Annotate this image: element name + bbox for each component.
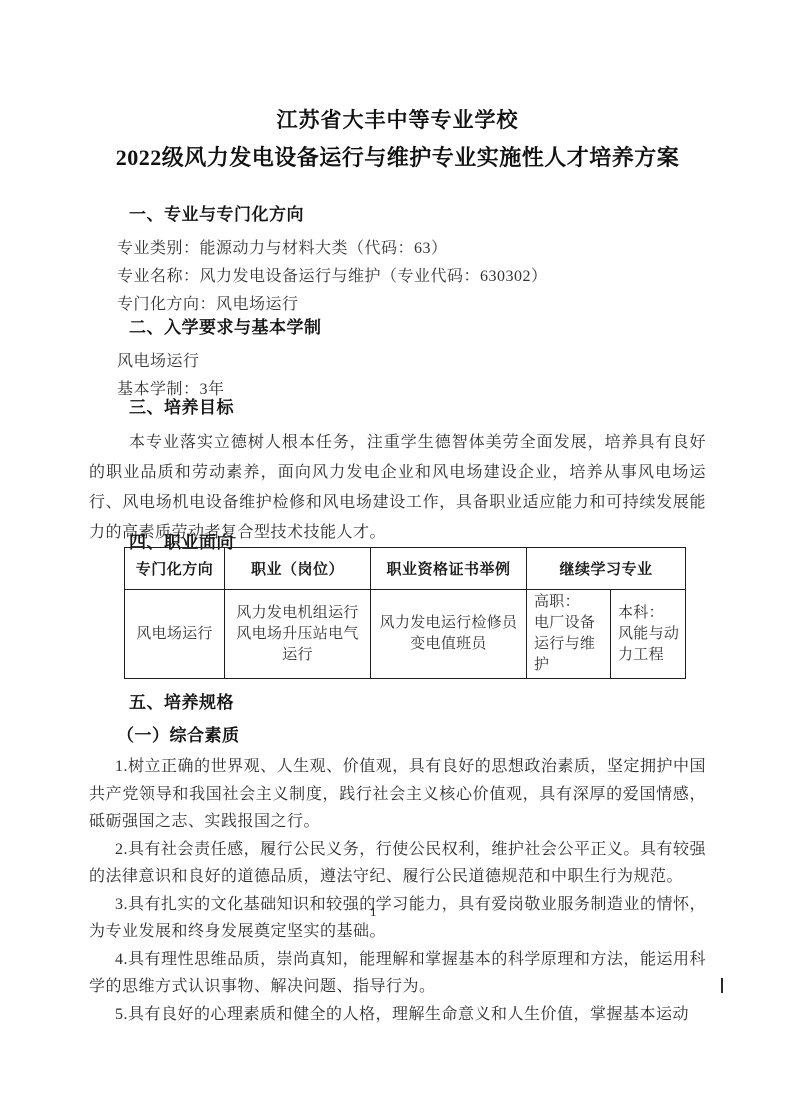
- quality-items-list: 1.树立正确的世界观、人生观、价值观，具有良好的思想政治素质，坚定拥护中国共产党…: [89, 753, 706, 1028]
- section-admission-schooling: 二、入学要求与基本学制 风电场运行 基本学制：3年: [89, 314, 706, 404]
- cell-direction: 风电场运行: [125, 590, 225, 679]
- cell-higher-vocational: 高职： 电厂设备运行与维护: [527, 590, 611, 679]
- document-page: 江苏省大丰中等专业学校 2022级风力发电设备运行与维护专业实施性人才培养方案 …: [0, 0, 794, 1108]
- section-training-objectives: 三、培养目标 本专业落实立德树人根本任务，注重学生德智体美劳全面发展，培养具有良…: [89, 394, 706, 548]
- career-orientation-table: 专门化方向 职业（岗位） 职业资格证书举例 继续学习专业 风电场运行 风力发电机…: [124, 547, 686, 679]
- wind-farm-operation-line: 风电场运行: [117, 348, 706, 376]
- quality-item-2: 2.具有社会责任感，履行公民义务，行使公民权利，维护社会公平正义。具有较强的法律…: [89, 836, 706, 891]
- section-3-heading: 三、培养目标: [129, 394, 706, 422]
- document-titles: 江苏省大丰中等专业学校 2022级风力发电设备运行与维护专业实施性人才培养方案: [89, 105, 706, 175]
- stray-page-number: 1: [370, 904, 377, 920]
- header-direction: 专门化方向: [125, 548, 225, 590]
- doc-title-program: 2022级风力发电设备运行与维护专业实施性人才培养方案: [89, 141, 706, 175]
- major-category-line: 专业类别：能源动力与材料大类（代码：63）: [117, 235, 706, 263]
- quality-item-3: 3.具有扎实的文化基础知识和较强的学习能力，具有爱岗敬业服务制造业的情怀，为专业…: [89, 891, 706, 946]
- section-5-heading: 五、培养规格: [129, 689, 706, 717]
- header-further-study: 继续学习专业: [527, 548, 686, 590]
- career-table: 专门化方向 职业（岗位） 职业资格证书举例 继续学习专业 风电场运行 风力发电机…: [124, 547, 686, 679]
- quality-item-5: 5.具有良好的心理素质和健全的人格，理解生命意义和人生价值，掌握基本运动: [89, 1001, 706, 1029]
- section-training-specifications: 五、培养规格 （一）综合素质: [89, 689, 706, 750]
- major-name-line: 专业名称：风力发电设备运行与维护（专业代码：630302）: [117, 263, 706, 291]
- header-certificates: 职业资格证书举例: [371, 548, 527, 590]
- cell-undergraduate: 本科： 风能与动力工程: [611, 590, 686, 679]
- section-major-direction: 一、专业与专门化方向 专业类别：能源动力与材料大类（代码：63） 专业名称：风力…: [89, 201, 706, 319]
- table-header-row: 专门化方向 职业（岗位） 职业资格证书举例 继续学习专业: [125, 548, 686, 590]
- subsection-comprehensive-quality: （一）综合素质: [117, 722, 706, 750]
- header-jobs: 职业（岗位）: [225, 548, 371, 590]
- cell-jobs: 风力发电机组运行 风电场升压站电气运行: [225, 590, 371, 679]
- cell-certificates: 风力发电运行检修员 变电值班员: [371, 590, 527, 679]
- section-1-heading: 一、专业与专门化方向: [129, 201, 706, 229]
- section-2-heading: 二、入学要求与基本学制: [129, 314, 706, 342]
- quality-item-4: 4.具有理性思维品质，崇尚真知，能理解和掌握基本的科学原理和方法，能运用科学的思…: [89, 946, 706, 1001]
- doc-title-school: 江苏省大丰中等专业学校: [89, 105, 706, 135]
- table-row: 风电场运行 风力发电机组运行 风电场升压站电气运行 风力发电运行检修员 变电值班…: [125, 590, 686, 679]
- text-cursor: [721, 978, 723, 993]
- quality-item-1: 1.树立正确的世界观、人生观、价值观，具有良好的思想政治素质，坚定拥护中国共产党…: [89, 753, 706, 836]
